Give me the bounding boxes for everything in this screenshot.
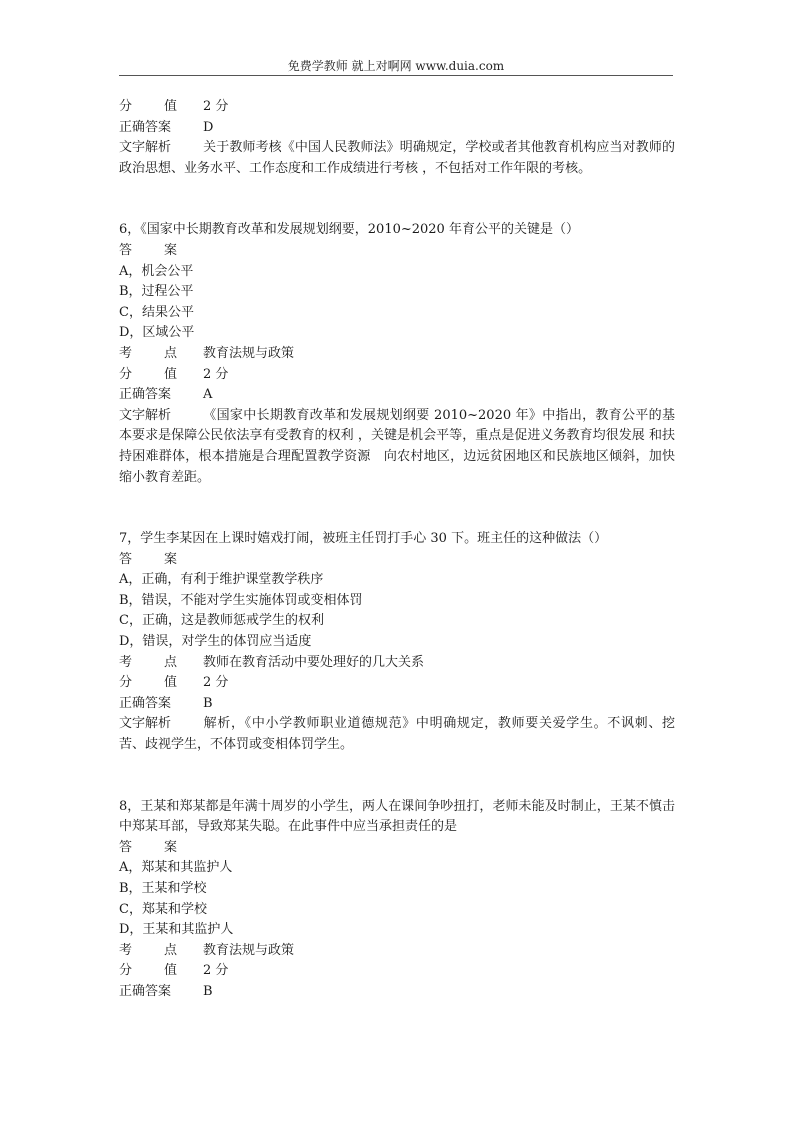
correct-answer-value: A (203, 387, 212, 402)
exam-point-row: 考点教师在教育活动中要处理好的几大关系 (119, 653, 675, 674)
option-b: B，错误，不能对学生实施体罚或变相体罚 (119, 591, 675, 612)
answer-label: 答案 (119, 241, 177, 262)
score-label: 分值 (119, 961, 177, 982)
answer-label-row: 答案 (119, 838, 675, 859)
exam-point-value: 教师在教育活动中要处理好的几大关系 (203, 655, 424, 670)
correct-answer-label: 正确答案 (119, 118, 203, 139)
analysis-text: 解析，《中小学教师职业道德规范》中明确规定，教师要关爱学生。不讽刺、挖苦、歧视学… (119, 716, 675, 752)
header-divider (119, 75, 673, 76)
answer-label: 答案 (119, 838, 177, 859)
score-row: 分值2 分 (119, 673, 675, 694)
correct-answer-value: B (203, 984, 213, 999)
exam-point-label: 考点 (119, 941, 177, 962)
score-row: 分值2 分 (119, 97, 675, 118)
exam-point-row: 考点教育法规与政策 (119, 941, 675, 962)
exam-point-row: 考点教育法规与政策 (119, 344, 675, 365)
option-a: A，郑某和其监护人 (119, 858, 675, 879)
correct-answer-label: 正确答案 (119, 694, 203, 715)
option-d: D，区域公平 (119, 323, 675, 344)
option-c: C，结果公平 (119, 303, 675, 324)
analysis-text: 《国家中长期教育改革和发展规划纲要 2010~2020 年》中指出，教育公平的基… (119, 408, 675, 485)
analysis-row: 文字解析关于教师考核《中国人民教师法》明确规定，学校或者其他教育机构应当对教师的… (119, 138, 675, 179)
option-a: A，机会公平 (119, 262, 675, 283)
analysis-label: 文字解析 (119, 714, 203, 735)
answer-label: 答案 (119, 550, 177, 571)
score-value: 2 分 (203, 963, 228, 978)
exam-point-value: 教育法规与政策 (203, 943, 294, 958)
question-6: 6，《国家中长期教育改革和发展规划纲要，2010~2020 年育公平的关键是（）… (119, 220, 675, 488)
correct-answer-value: D (203, 120, 213, 135)
page-header: 免费学教师 就上对啊网 www.duia.com (119, 58, 673, 74)
analysis-row: 文字解析解析，《中小学教师职业道德规范》中明确规定，教师要关爱学生。不讽刺、挖苦… (119, 714, 675, 755)
correct-answer-row: 正确答案A (119, 385, 675, 406)
score-value: 2 分 (203, 99, 228, 114)
correct-answer-row: 正确答案B (119, 982, 675, 1003)
analysis-row: 文字解析《国家中长期教育改革和发展规划纲要 2010~2020 年》中指出，教育… (119, 406, 675, 488)
score-label: 分值 (119, 365, 177, 386)
option-b: B，过程公平 (119, 282, 675, 303)
option-d: D，错误，对学生的体罚应当适度 (119, 632, 675, 653)
question-stem: 6，《国家中长期教育改革和发展规划纲要，2010~2020 年育公平的关键是（） (119, 220, 675, 241)
analysis-label: 文字解析 (119, 406, 203, 427)
option-d: D，王某和其监护人 (119, 920, 675, 941)
exam-point-label: 考点 (119, 344, 177, 365)
question-stem: 7，学生李某因在上课时嬉戏打闹，被班主任罚打手心 30 下。班主任的这种做法（） (119, 529, 675, 550)
question-8: 8，王某和郑某都是年满十周岁的小学生，两人在课间争吵扭打，老师未能及时制止，王某… (119, 797, 675, 1003)
option-c: C，郑某和学校 (119, 900, 675, 921)
analysis-label: 文字解析 (119, 138, 203, 159)
option-c: C，正确，这是教师惩戒学生的权利 (119, 611, 675, 632)
exam-point-value: 教育法规与政策 (203, 346, 294, 361)
question-stem: 8，王某和郑某都是年满十周岁的小学生，两人在课间争吵扭打，老师未能及时制止，王某… (119, 797, 675, 838)
answer-label-row: 答案 (119, 241, 675, 262)
correct-answer-label: 正确答案 (119, 982, 203, 1003)
document-body: 分值2 分 正确答案D 文字解析关于教师考核《中国人民教师法》明确规定，学校或者… (119, 97, 675, 1003)
correct-answer-label: 正确答案 (119, 385, 203, 406)
option-b: B，王某和学校 (119, 879, 675, 900)
correct-answer-value: B (203, 696, 213, 711)
correct-answer-row: 正确答案D (119, 118, 675, 139)
score-value: 2 分 (203, 675, 228, 690)
score-row: 分值2 分 (119, 365, 675, 386)
score-value: 2 分 (203, 367, 228, 382)
score-label: 分值 (119, 673, 177, 694)
score-label: 分值 (119, 97, 177, 118)
option-a: A，正确，有利于维护课堂教学秩序 (119, 570, 675, 591)
answer-label-row: 答案 (119, 550, 675, 571)
score-row: 分值2 分 (119, 961, 675, 982)
exam-point-label: 考点 (119, 653, 177, 674)
correct-answer-row: 正确答案B (119, 694, 675, 715)
question-7: 7，学生李某因在上课时嬉戏打闹，被班主任罚打手心 30 下。班主任的这种做法（）… (119, 529, 675, 756)
